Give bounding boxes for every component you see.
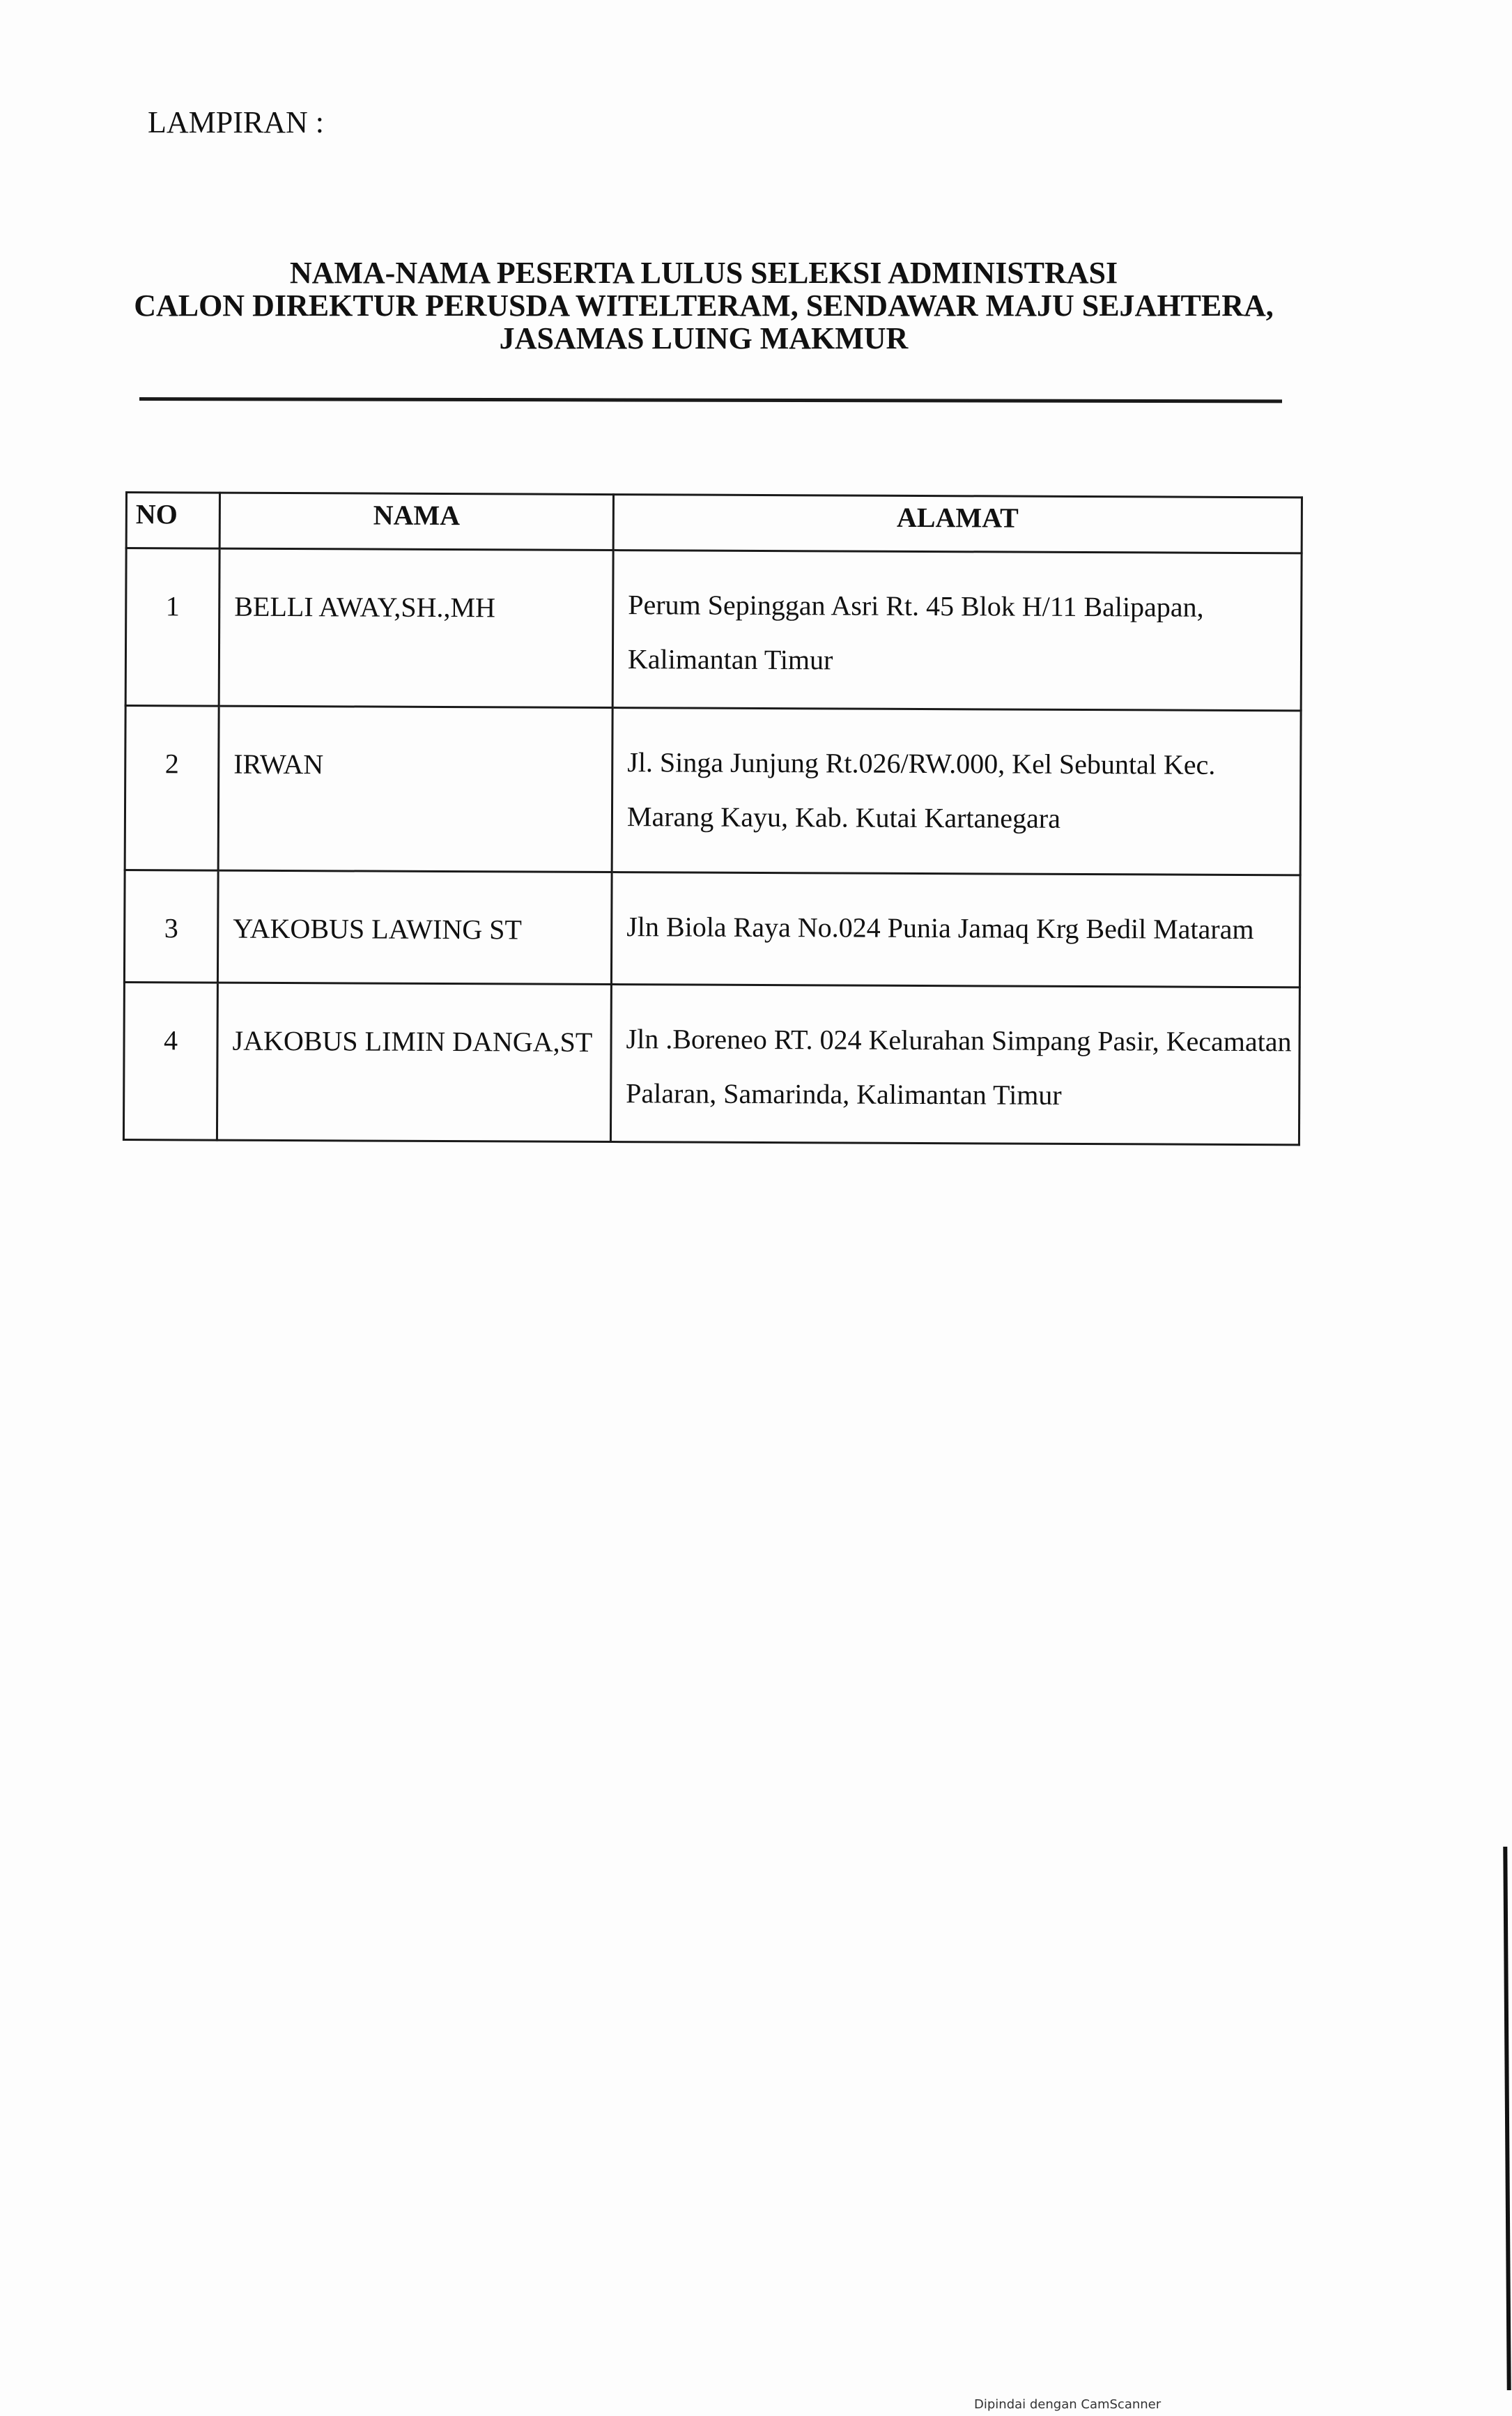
cell-nama: BELLI AWAY,SH.,MH xyxy=(219,548,613,707)
scan-edge-shadow xyxy=(1503,1847,1511,2390)
table-row: 4 JAKOBUS LIMIN DANGA,ST Jln .Boreneo RT… xyxy=(123,982,1299,1144)
cell-alamat: Jl. Singa Junjung Rt.026/RW.000, Kel Seb… xyxy=(612,708,1301,875)
title-divider xyxy=(139,397,1282,403)
cell-no: 3 xyxy=(124,870,218,983)
cell-nama: IRWAN xyxy=(218,706,612,872)
cell-alamat: Jln Biola Raya No.024 Punia Jamaq Krg Be… xyxy=(611,872,1300,987)
address-line: Kalimantan Timur xyxy=(628,632,1299,689)
cell-nama: YAKOBUS LAWING ST xyxy=(217,870,612,984)
address-line: Palaran, Samarinda, Kalimantan Timur xyxy=(626,1066,1297,1123)
address-line: Marang Kayu, Kab. Kutai Kartanegara xyxy=(627,790,1299,847)
cell-no: 2 xyxy=(125,706,219,871)
cell-nama: JAKOBUS LIMIN DANGA,ST xyxy=(217,983,611,1141)
participants-table: NO NAMA ALAMAT 1 BELLI AWAY,SH.,MH Perum… xyxy=(123,491,1303,1146)
address-line: Jln Biola Raya No.024 Punia Jamaq Krg Be… xyxy=(626,900,1298,957)
table-row: 2 IRWAN Jl. Singa Junjung Rt.026/RW.000,… xyxy=(125,706,1301,875)
address-line: Jln .Boreneo RT. 024 Kelurahan Simpang P… xyxy=(626,1012,1297,1069)
title-line-1: NAMA-NAMA PESERTA LULUS SELEKSI ADMINIST… xyxy=(63,256,1345,289)
table-row: 1 BELLI AWAY,SH.,MH Perum Sepinggan Asri… xyxy=(125,548,1302,711)
header-alamat: ALAMAT xyxy=(613,495,1302,553)
cell-no: 1 xyxy=(125,548,219,707)
header-no: NO xyxy=(126,493,219,549)
table-row: 3 YAKOBUS LAWING ST Jln Biola Raya No.02… xyxy=(124,870,1300,987)
document-title: NAMA-NAMA PESERTA LULUS SELEKSI ADMINIST… xyxy=(0,256,1345,355)
header-nama: NAMA xyxy=(219,493,613,550)
cell-alamat: Jln .Boreneo RT. 024 Kelurahan Simpang P… xyxy=(610,985,1299,1145)
cell-alamat: Perum Sepinggan Asri Rt. 45 Blok H/11 Ba… xyxy=(612,551,1302,711)
title-line-2: CALON DIREKTUR PERUSDA WITELTERAM, SENDA… xyxy=(63,289,1345,322)
address-line: Perum Sepinggan Asri Rt. 45 Blok H/11 Ba… xyxy=(628,578,1299,635)
title-line-3: JASAMAS LUING MAKMUR xyxy=(63,322,1345,355)
cell-no: 4 xyxy=(123,982,217,1140)
table-header-row: NO NAMA ALAMAT xyxy=(126,493,1302,553)
scanner-watermark: Dipindai dengan CamScanner xyxy=(974,2397,1161,2412)
address-line: Jl. Singa Junjung Rt.026/RW.000, Kel Seb… xyxy=(627,735,1299,792)
attachment-label: LAMPIRAN : xyxy=(148,105,324,140)
